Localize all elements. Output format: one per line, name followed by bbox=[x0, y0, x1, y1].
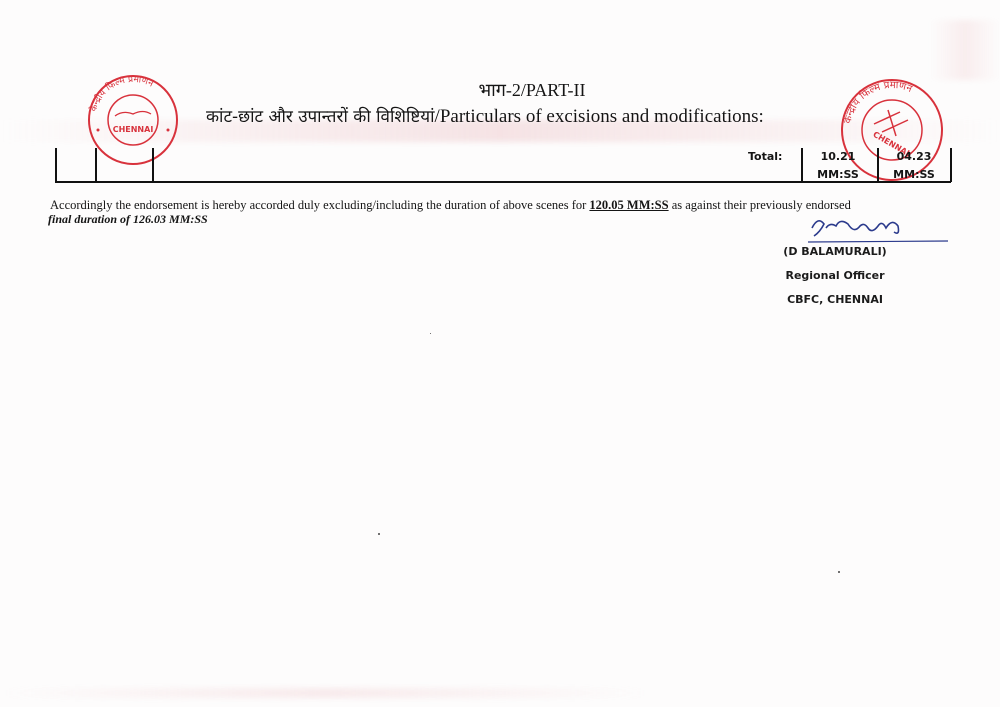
table-col-divider bbox=[152, 148, 154, 182]
signatory-name: (D BALAMURALI) bbox=[770, 240, 900, 264]
total-modification-unit: MM:SS bbox=[880, 168, 948, 181]
section-title: कांट-छांट और उपान्तरों की विशिष्टियां/Pa… bbox=[206, 104, 764, 128]
table-bottom-rule bbox=[55, 181, 951, 183]
total-excision-duration: 10.21 bbox=[805, 150, 871, 163]
svg-text:CHENNAI: CHENNAI bbox=[113, 125, 154, 134]
endorsed-duration: 120.05 MM:SS bbox=[589, 198, 668, 212]
total-label: Total: bbox=[748, 150, 782, 163]
table-col-divider bbox=[801, 148, 803, 182]
table-col-divider bbox=[877, 148, 879, 182]
total-excision-unit: MM:SS bbox=[805, 168, 871, 181]
scan-smudge bbox=[930, 20, 1000, 80]
section-title-hindi: कांट-छांट और उपान्तरों की विशिष्टियां bbox=[206, 107, 435, 127]
table-col-divider bbox=[95, 148, 97, 182]
table-col-divider bbox=[55, 148, 57, 182]
signatory-designation: Regional Officer bbox=[770, 264, 900, 288]
endorsement-statement: Accordingly the endorsement is hereby ac… bbox=[50, 199, 851, 212]
scan-speck bbox=[838, 571, 840, 573]
section-title-colon: : bbox=[759, 106, 764, 127]
scan-speck bbox=[378, 533, 380, 535]
previous-final-duration: final duration of 126.03 MM:SS bbox=[48, 212, 208, 227]
section-title-english: /Particulars of excisions and modificati… bbox=[435, 106, 759, 127]
endorsement-text-before: Accordingly the endorsement is hereby ac… bbox=[50, 198, 589, 212]
total-modification-duration: 04.23 bbox=[880, 150, 948, 163]
signatory-block: (D BALAMURALI) Regional Officer CBFC, CH… bbox=[770, 240, 900, 312]
table-col-divider bbox=[950, 148, 952, 182]
scan-smudge bbox=[0, 688, 650, 698]
signatory-office: CBFC, CHENNAI bbox=[770, 288, 900, 312]
scan-speck bbox=[430, 333, 431, 334]
endorsement-text-after: as against their previously endorsed bbox=[669, 198, 851, 212]
part-heading: भाग-2/PART-II bbox=[0, 78, 1000, 102]
